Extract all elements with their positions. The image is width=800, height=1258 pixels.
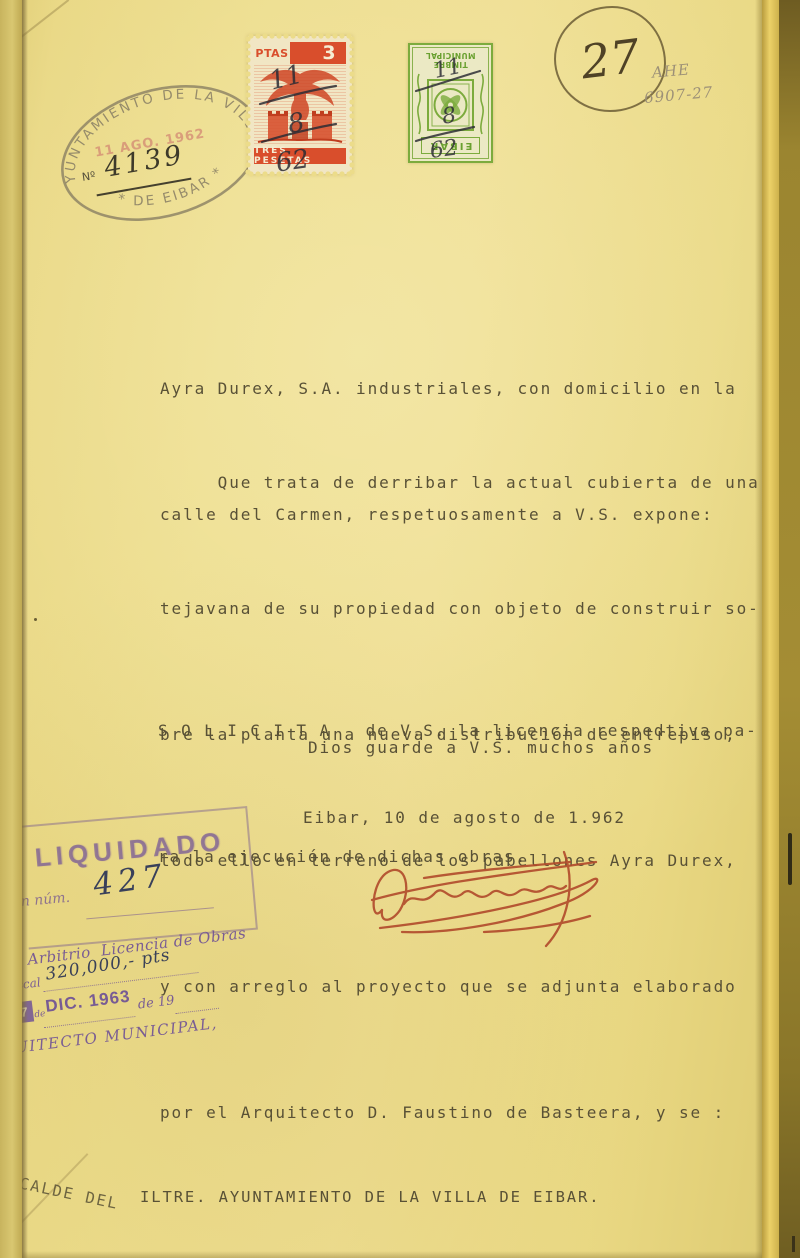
salute-line: Dios guarde a V.S. muchos años <box>308 727 654 769</box>
cancellation-day: 11 <box>431 54 464 84</box>
cancellation-year: 62 <box>274 144 311 176</box>
right-page-crease <box>755 0 762 1258</box>
typewritten-line: tejavana de su propiedad con objeto de c… <box>160 588 760 630</box>
closing-addressee: ILTRE. AYUNTAMIENTO DE LA VILLA DE EIBAR… <box>140 1176 601 1218</box>
folio-number: 27 <box>578 29 643 90</box>
ink-speck <box>34 618 37 621</box>
cancellation-mark-red-stamp: 11 8 62 <box>248 36 352 176</box>
typewritten-line: y con arreglo al proyecto que se adjunta… <box>160 966 760 1008</box>
right-edge-ink-mark <box>792 1236 795 1252</box>
cancellation-day: 11 <box>266 59 305 96</box>
typewritten-line: por el Arquitecto D. Faustino de Basteer… <box>160 1092 760 1134</box>
cancellation-month: 8 <box>441 103 458 130</box>
right-page-edge-gold <box>762 0 779 1258</box>
document-sheet: AYUNTAMIENTO DE LA VILLA * DE EIBAR * 11… <box>0 0 800 1258</box>
right-edge-ink-mark <box>788 833 792 885</box>
typewritten-line: Que trata de derribar la actual cubierta… <box>160 462 760 504</box>
arbitrio-de-label: de <box>34 1009 46 1020</box>
bottom-edge-shadow <box>0 1251 800 1258</box>
seal-number-label: Nº <box>81 169 96 184</box>
dateline: Eibar, 10 de agosto de 1.962 <box>303 797 626 839</box>
binding-crease <box>22 0 28 1258</box>
arbitrio-date-stamp: DIC. 1963 <box>44 987 131 1017</box>
signature <box>366 836 602 950</box>
pencil-note-line1: AHE <box>651 60 690 81</box>
cancellation-mark-green-stamp: 11 8 62 <box>408 43 489 159</box>
right-page-edge-dark <box>779 0 800 1258</box>
underlying-page-edge <box>0 0 22 1258</box>
cancellation-year: 62 <box>428 135 459 159</box>
